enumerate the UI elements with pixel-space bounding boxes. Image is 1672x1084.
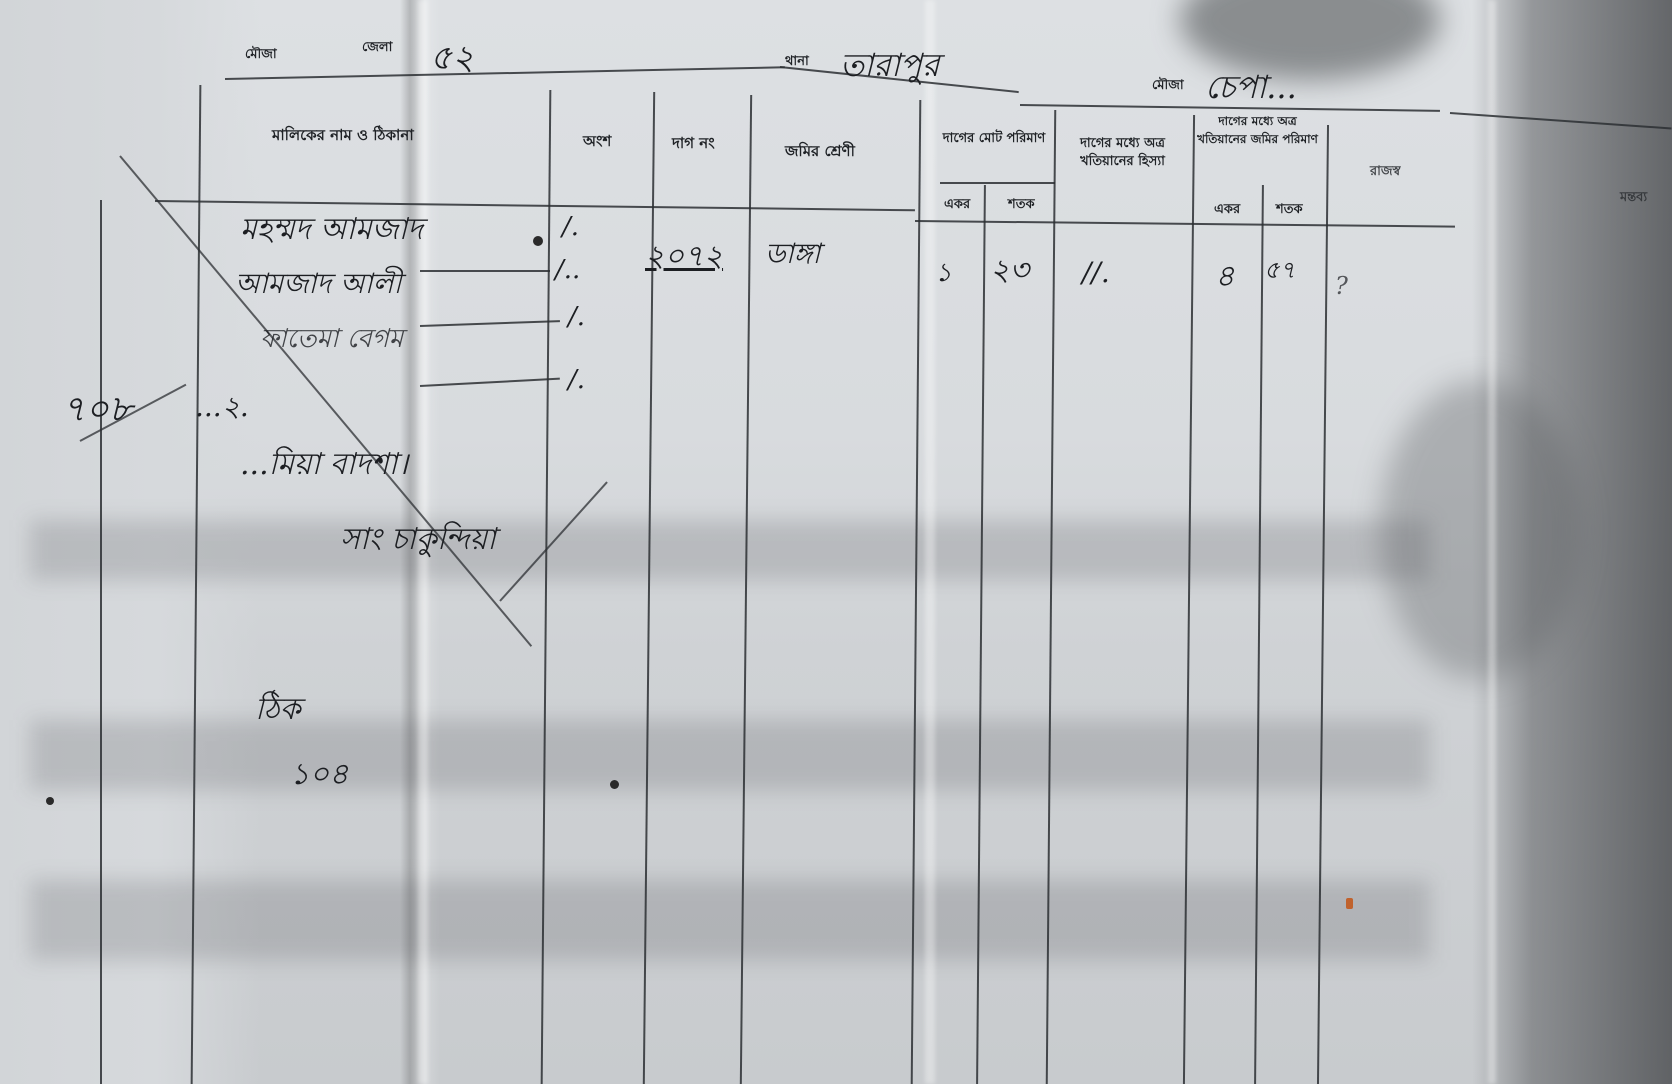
row-1-revenue: ? — [1335, 272, 1348, 300]
district-value-handwritten: ৫২ — [430, 32, 474, 89]
column-header-bottom-rule — [915, 220, 1455, 228]
mouza-label: মৌজা — [245, 45, 277, 66]
col-share: অংশ — [583, 130, 611, 155]
header-rule — [225, 66, 785, 80]
district-label: জেলা — [362, 38, 392, 59]
orange-mark — [1346, 898, 1353, 909]
row-2-owner: আমজাদ আলী — [235, 262, 402, 309]
col-khatian-area: দাগের মধ্যে অত্র খতিয়ানের জমির পরিমাণ — [1195, 112, 1320, 148]
ink-blot — [46, 797, 54, 805]
row-6-address: সাং চাকুন্দিয়া — [340, 515, 496, 566]
ink-blot — [610, 780, 619, 789]
col-dag-total-area: দাগের মোট পরিমাণ — [938, 130, 1050, 148]
mouza-right-label: মৌজা — [1152, 76, 1184, 97]
col-revenue: রাজস্ব — [1370, 162, 1400, 183]
row-1-land-class: ডাঙ্গা — [765, 232, 820, 279]
ink-blot — [533, 236, 543, 246]
col-land-class: জমির শ্রেণী — [785, 140, 855, 165]
row-1-total-decimal: ২৩ — [990, 246, 1029, 297]
row-1-owner: মহম্মদ আমজাদ — [240, 205, 423, 256]
smudge-band — [30, 880, 1430, 960]
row-rule — [420, 320, 560, 327]
document-paper: মৌজা জেলা ৫২ থানা তারাপুর মৌজা চেপা... ম… — [0, 0, 1672, 1084]
row-4-share: /. — [568, 365, 585, 395]
col-khatian-share: দাগের মধ্যে অত্র খতিয়ানের হিস্যা — [1060, 135, 1185, 171]
row-2-share: /.. — [555, 255, 580, 285]
col-khatian-decimal: শতক — [1276, 200, 1303, 221]
dark-right-edge — [1472, 0, 1672, 1084]
signature-line-2: ১০৪ — [290, 750, 348, 801]
mouza-value-handwritten: চেপা... — [1205, 62, 1297, 116]
row-rule — [420, 378, 560, 387]
row-1-total-acre: ১ — [935, 252, 952, 296]
row-5-owner: ...মিয়া বাদশা। — [240, 440, 408, 491]
col-khatian-acre: একর — [1214, 200, 1240, 221]
subheader-rule — [940, 182, 1055, 184]
smudge-band — [30, 720, 1430, 790]
col-total-decimal: শতক — [1008, 195, 1035, 216]
row-1-khatian-decimal: ৫৭ — [1264, 252, 1295, 292]
row-1-khatian-acre: ৪ — [1215, 252, 1234, 303]
thana-label: থানা — [785, 52, 809, 73]
fold-crease — [925, 0, 935, 1084]
signature-line-1: ঠিক — [255, 685, 301, 736]
row-3-owner: ফাতেমা বেগম — [260, 318, 403, 362]
row-1-dag-no: ২০৭২ — [645, 232, 723, 283]
col-remarks: মন্তব্য — [1620, 188, 1647, 209]
thana-value-handwritten: তারাপুর — [840, 40, 940, 94]
row-1-khatian-share: //. — [1082, 256, 1110, 289]
row-1-share: /. — [562, 212, 579, 242]
fold-crease — [1488, 0, 1496, 1084]
col-owner-name-address: মালিকের নাম ও ঠিকানা — [272, 124, 414, 149]
margin-rule — [100, 200, 102, 1084]
col-total-acre: একর — [944, 195, 970, 216]
smudge-band — [30, 520, 1430, 580]
row-3-share: /. — [568, 302, 585, 332]
col-dag-no: দাগ নং — [672, 132, 715, 157]
row-4-owner: ...২. — [195, 385, 249, 432]
row-rule — [420, 270, 550, 272]
margin-number: ৭০৮ — [62, 382, 132, 442]
